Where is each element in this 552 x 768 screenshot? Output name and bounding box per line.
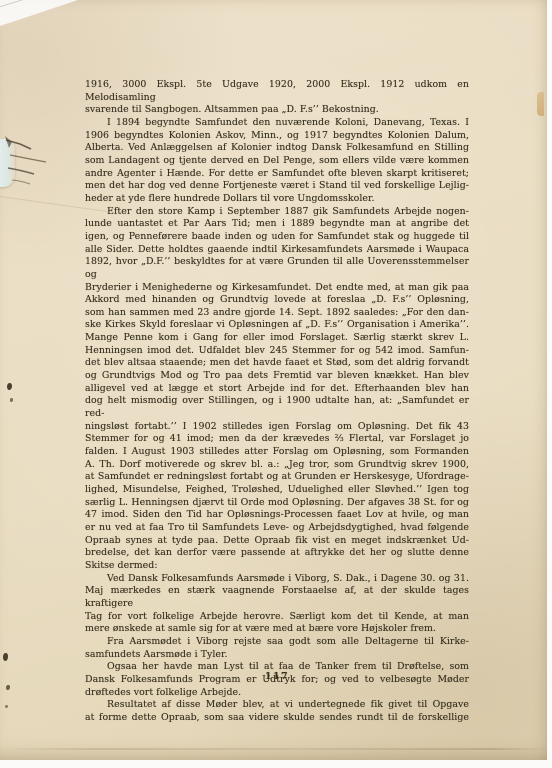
text-line: alle Sider. Dette holdtes gaaende indtil… xyxy=(85,244,469,257)
text-line: 1916, 3000 Ekspl. 5te Udgave 1920, 2000 … xyxy=(85,79,469,104)
text-line: at forme dette Opraab, som saa videre sk… xyxy=(85,712,469,725)
text-line: bredelse, det kan derfor være passende a… xyxy=(85,547,469,560)
text-line: alligevel ved at lægge et stort Arbejde … xyxy=(85,383,469,396)
text-line: ningsløst fortabt.’’ I 1902 stilledes ig… xyxy=(85,421,469,434)
text-line: særlig L. Henningsen djærvt til Orde mod… xyxy=(85,497,469,510)
ink-speck xyxy=(10,398,13,402)
text-line: samfundets Aarsmøde i Tyler. xyxy=(85,649,469,662)
text-line: Mange Penne kom i Gang for eller imod Fo… xyxy=(85,332,469,345)
text-line: heder at yde flere hundrede Dollars til … xyxy=(85,193,469,206)
text-line: Fra Aarsmødet i Viborg rejste saa godt s… xyxy=(85,636,469,649)
text-line: I 1894 begyndte Samfundet den nuværende … xyxy=(85,117,469,130)
text-line: Henningsen imod det. Udfaldet blev 245 S… xyxy=(85,345,469,358)
text-line: dog helt mismodig over Stillingen, og i … xyxy=(85,395,469,420)
text-line: og Grundtvigs Mod og Tro paa dets Fremti… xyxy=(85,370,469,383)
bottom-crease xyxy=(0,748,547,750)
text-line: men det har dog ved denne Fortjeneste væ… xyxy=(85,180,469,193)
ink-speck xyxy=(5,705,8,708)
page-number: 117 xyxy=(85,671,469,682)
text-line: mere ønskede at samle sig for at være me… xyxy=(85,623,469,636)
text-line: Opraab synes at tyde paa. Dette Opraab f… xyxy=(85,535,469,548)
text-line: det blev altsaa staaende; men det havde … xyxy=(85,357,469,370)
text-line: andre Agenter i Hænde. For dette er Samf… xyxy=(85,168,469,181)
text-line: 1892, hvor „D.F.’’ beskyldtes for at vær… xyxy=(85,256,469,281)
text-line: Efter den store Kamp i September 1887 gi… xyxy=(85,206,469,219)
text-line: Ved Dansk Folkesamfunds Aarsmøde i Vibor… xyxy=(85,573,469,586)
ink-speck xyxy=(6,685,10,690)
page-text: 1916, 3000 Ekspl. 5te Udgave 1920, 2000 … xyxy=(85,79,469,724)
text-line: Alberta. Ved Anlæggelsen af Kolonier ind… xyxy=(85,142,469,155)
text-line: falden. I August 1903 stilledes atter Fo… xyxy=(85,446,469,459)
text-line: 47 imod. Siden den Tid har Opløsnings-Pr… xyxy=(85,509,469,522)
text-line: Bryderier i Menighederne og Kirkesamfund… xyxy=(85,282,469,295)
text-line: Maj mærkedes en stærk vaagnende Forstaae… xyxy=(85,585,469,610)
page-corner-cut xyxy=(0,0,78,26)
text-line: som han sammen med 23 andre gjorde 14. S… xyxy=(85,307,469,320)
text-line: at Samfundet er redningsløst fortabt og … xyxy=(85,471,469,484)
text-line: Skitse dermed: xyxy=(85,560,469,573)
text-line: Resultatet af disse Møder blev, at vi un… xyxy=(85,699,469,712)
text-line: lighed, Misundelse, Feighed, Troløshed, … xyxy=(85,484,469,497)
text-line: drøftedes vort folkelige Arbejde. xyxy=(85,687,469,700)
ink-smudge-marks xyxy=(0,128,50,194)
scanned-book-page: 1916, 3000 Ekspl. 5te Udgave 1920, 2000 … xyxy=(0,0,547,760)
text-line: som Landagent og tjente derved en Del Pe… xyxy=(85,155,469,168)
ink-speck xyxy=(3,653,8,661)
text-line: er nu ved at faa Tro til Samfundets Leve… xyxy=(85,522,469,535)
text-line: Akkord med hinanden og Grundtvig lovede … xyxy=(85,294,469,307)
text-line: ske Kirkes Skyld foreslaar vi Opløsninge… xyxy=(85,319,469,332)
text-line: lunde uantastet et Par Aars Tid; men i 1… xyxy=(85,218,469,231)
text-line: Tag for vort folkelige Arbejde herovre. … xyxy=(85,611,469,624)
edge-stain xyxy=(537,92,544,116)
ink-speck xyxy=(7,383,12,390)
text-line: igen, og Penneførere baade inden og uden… xyxy=(85,231,469,244)
text-line: svarende til Sangbogen. Altsammen paa „D… xyxy=(85,104,469,117)
text-line: Stemmer for og 41 imod; men da der kræve… xyxy=(85,433,469,446)
text-line: 1906 begyndtes Kolonien Askov, Minn., og… xyxy=(85,130,469,143)
text-line: A. Th. Dorf motiverede og skrev bl. a.: … xyxy=(85,459,469,472)
